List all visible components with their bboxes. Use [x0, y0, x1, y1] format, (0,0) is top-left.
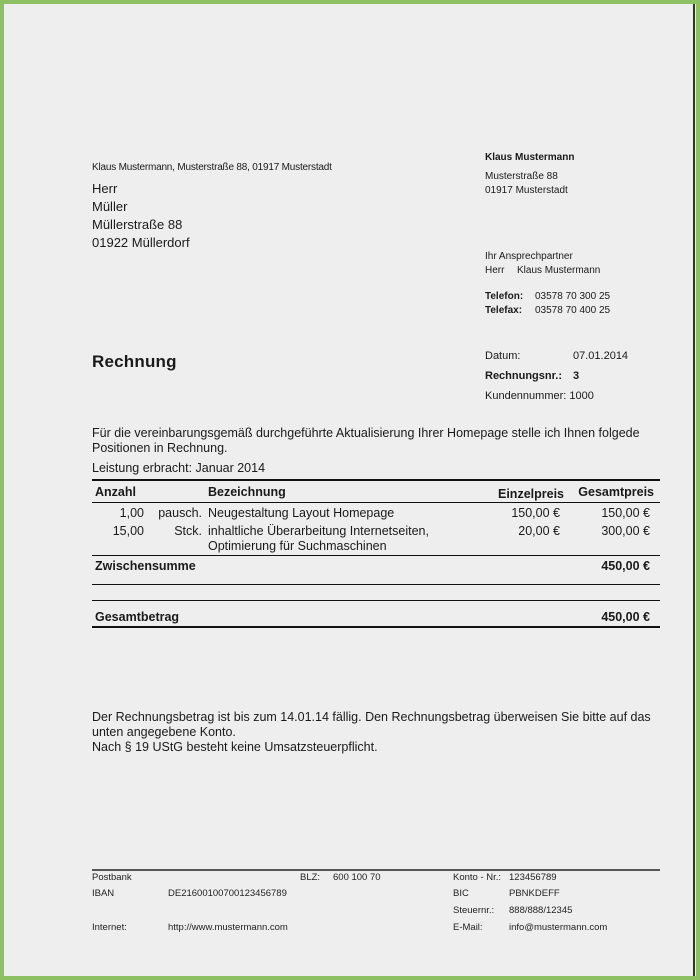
- recipient-name: Müller: [92, 198, 190, 216]
- fax-label: Telefax:: [485, 304, 535, 318]
- subtotal-rule: [92, 584, 660, 585]
- row-quantity: 1,00: [92, 506, 144, 521]
- account-label: Konto - Nr.:: [453, 872, 501, 883]
- company-name: Klaus Mustermann: [485, 152, 574, 163]
- iban-value: DE21600100700123456789: [168, 888, 287, 899]
- date-label: Datum:: [485, 346, 573, 366]
- phone-value: 03578 70 300 25: [535, 291, 610, 302]
- total-label: Gesamtbetrag: [95, 610, 179, 624]
- email-label: E-Mail:: [453, 922, 483, 933]
- iban-label: IBAN: [92, 888, 114, 899]
- phone-label: Telefon:: [485, 290, 535, 304]
- account-value: 123456789: [509, 872, 557, 883]
- document-title: Rechnung: [92, 352, 177, 372]
- service-period: Leistung erbracht: Januar 2014: [92, 461, 265, 475]
- blz-value: 600 100 70: [333, 872, 381, 883]
- website-link[interactable]: http://www.mustermann.com: [168, 922, 288, 933]
- company-address: Musterstraße 88 01917 Musterstadt: [485, 170, 568, 198]
- header-total-price: Gesamtpreis: [578, 485, 654, 499]
- footer-rule: [92, 869, 660, 871]
- row-unit-price: 20,00 €: [518, 524, 560, 539]
- sender-return-address: Klaus Mustermann, Musterstraße 88, 01917…: [92, 162, 332, 173]
- recipient-city: 01922 Müllerdorf: [92, 234, 190, 252]
- subtotal-label: Zwischensumme: [95, 559, 196, 573]
- company-city: 01917 Musterstadt: [485, 184, 568, 198]
- contact-salutation: Herr: [485, 265, 517, 276]
- payment-terms: Der Rechnungsbetrag ist bis zum 14.01.14…: [92, 710, 662, 740]
- recipient-salutation: Herr: [92, 180, 190, 198]
- closing-text: Der Rechnungsbetrag ist bis zum 14.01.14…: [92, 710, 662, 755]
- invoice-number-label: Rechnungsnr.:: [485, 366, 573, 386]
- header-quantity: Anzahl: [95, 485, 136, 499]
- row-description: Neugestaltung Layout Homepage: [208, 506, 394, 521]
- internet-label: Internet:: [92, 922, 127, 933]
- tax-number-label: Steuernr.:: [453, 905, 494, 916]
- date-value: 07.01.2014: [573, 350, 628, 362]
- total-top-rule: [92, 600, 660, 601]
- header-bottom-rule: [92, 502, 660, 503]
- invoice-meta: Datum:07.01.2014 Rechnungsnr.:3 Kundennu…: [485, 346, 628, 406]
- row-unit-price: 150,00 €: [511, 506, 560, 521]
- recipient-address: Herr Müller Müllerstraße 88 01922 Müller…: [92, 180, 190, 252]
- invoice-number-value: 3: [573, 370, 579, 382]
- company-street: Musterstraße 88: [485, 170, 568, 184]
- items-bottom-rule: [92, 555, 660, 556]
- fax-value: 03578 70 400 25: [535, 305, 610, 316]
- tax-number-value: 888/888/12345: [509, 905, 572, 916]
- row-unit: pausch.: [148, 506, 202, 521]
- bic-value: PBNKDEFF: [509, 888, 560, 899]
- row-description: inhaltliche Überarbeitung Internetseiten…: [208, 524, 429, 539]
- header-unit-price: Einzelpreis: [498, 487, 564, 501]
- row-total-price: 150,00 €: [601, 506, 650, 521]
- header-description: Bezeichnung: [208, 485, 286, 499]
- subtotal-value: 450,00 €: [601, 559, 650, 573]
- row-quantity: 15,00: [92, 524, 144, 539]
- bank-name: Postbank: [92, 872, 132, 883]
- total-bottom-rule: [92, 626, 660, 628]
- tax-note: Nach § 19 UStG besteht keine Umsatzsteue…: [92, 740, 662, 755]
- contact-label: Ihr Ansprechpartner: [485, 251, 573, 262]
- customer-number-value: 1000: [569, 390, 593, 402]
- blz-label: BLZ:: [300, 872, 320, 883]
- intro-text: Für die vereinbarungsgemäß durchgeführte…: [92, 426, 652, 456]
- table-top-rule: [92, 479, 660, 481]
- contact-person: HerrKlaus Mustermann: [485, 265, 600, 276]
- contact-name: Klaus Mustermann: [517, 265, 600, 276]
- contact-phones: Telefon:03578 70 300 25 Telefax:03578 70…: [485, 290, 610, 318]
- customer-number-label: Kundennummer:: [485, 390, 566, 402]
- total-value: 450,00 €: [601, 610, 650, 624]
- row-total-price: 300,00 €: [601, 524, 650, 539]
- bic-label: BIC: [453, 888, 469, 899]
- row-description-continued: Optimierung für Suchmaschinen: [208, 539, 387, 554]
- row-unit: Stck.: [148, 524, 202, 539]
- email-link[interactable]: info@mustermann.com: [509, 922, 607, 933]
- recipient-street: Müllerstraße 88: [92, 216, 190, 234]
